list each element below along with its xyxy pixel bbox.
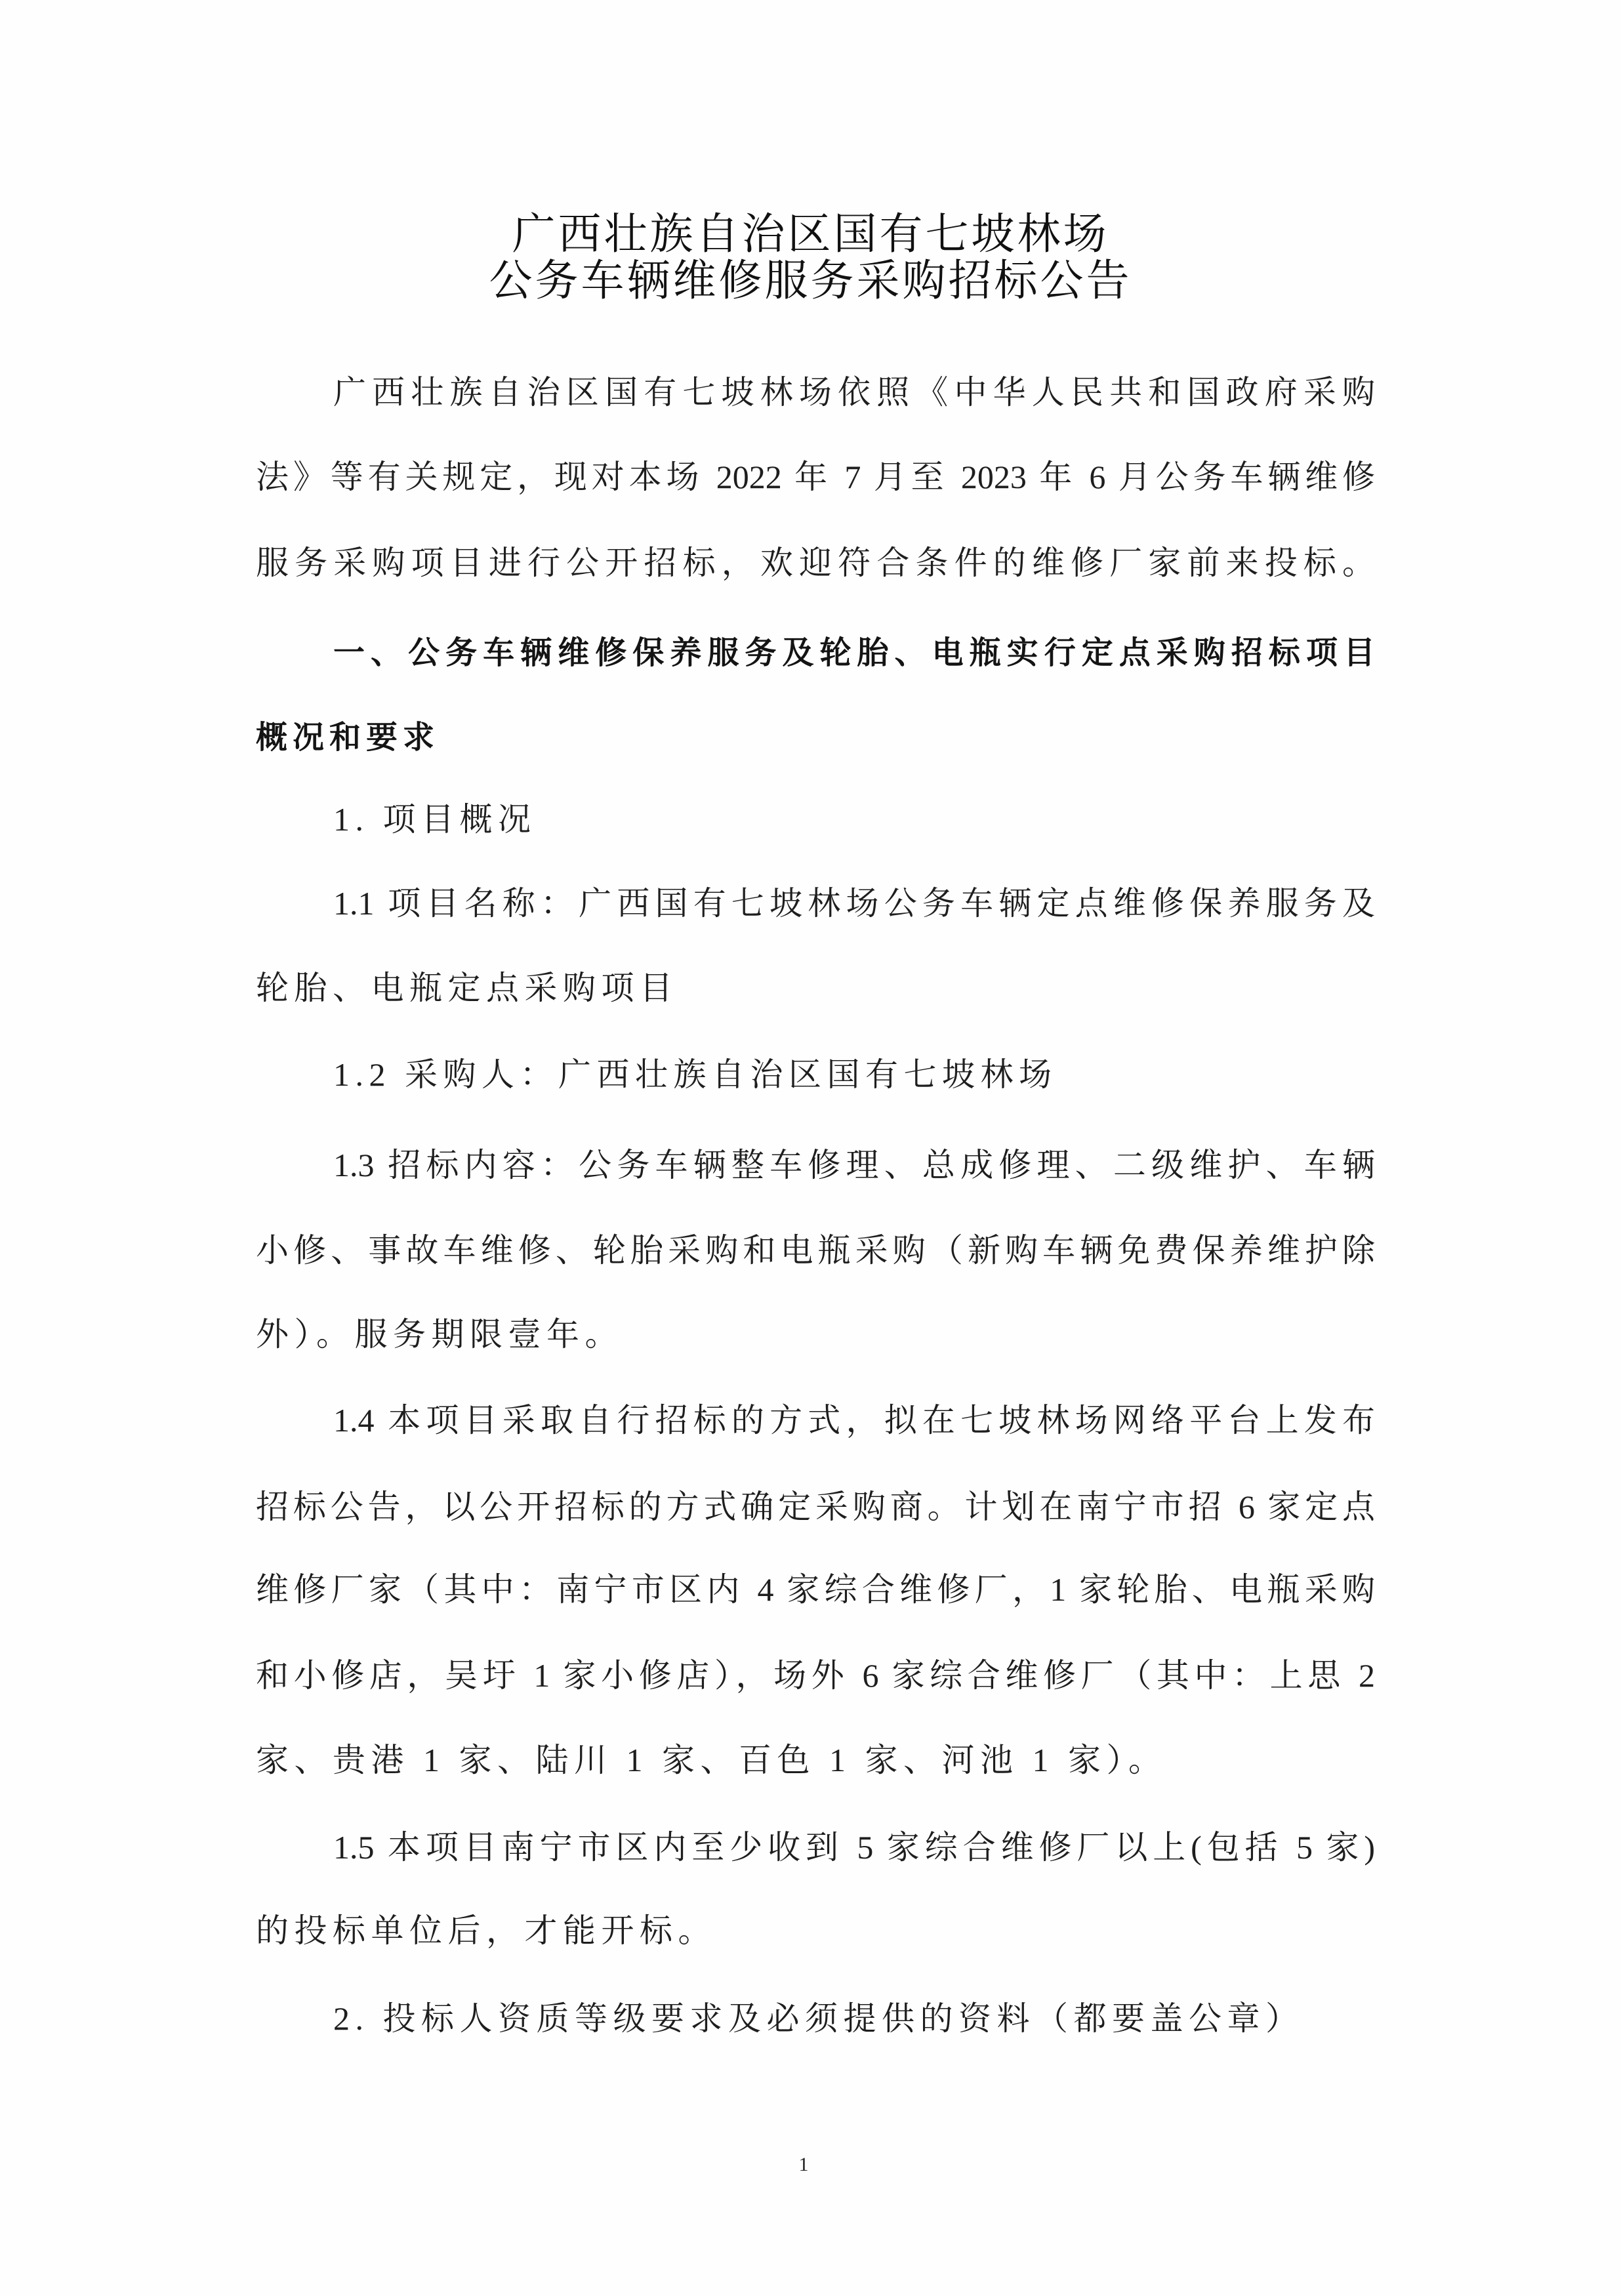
paragraph-line: 1.2 采购人：广西壮族自治区国有七坡林场 (333, 1052, 1057, 1097)
paragraph-line: 1.4 本项目采取自行招标的方式，拟在七坡林场网络平台上发布 (333, 1397, 1375, 1443)
page-number: 1 (790, 2152, 817, 2178)
paragraph-line: 服务采购项目进行公开招标，欢迎符合条件的维修厂家前来投标。 (256, 540, 1375, 586)
subsection-1-heading: 1. 项目概况 (333, 796, 537, 842)
paragraph-line: 1.3 招标内容：公务车辆整车修理、总成修理、二级维护、车辆 (333, 1142, 1375, 1188)
paragraph-line: 维修厂家（其中：南宁市区内 4 家综合维修厂，1 家轮胎、电瓶采购 (256, 1567, 1375, 1612)
section-heading-line: 一、公务车辆维修保养服务及轮胎、电瓶实行定点采购招标项目 (333, 630, 1375, 676)
paragraph-line: 法》等有关规定，现对本场 2022 年 7 月至 2023 年 6 月公务车辆维… (256, 454, 1375, 500)
paragraph-line: 外）。服务期限壹年。 (256, 1311, 623, 1357)
paragraph-line: 的投标单位后，才能开标。 (256, 1908, 716, 1954)
document-title-line-2: 公务车辆维修服务采购招标公告 (0, 258, 1621, 304)
document-title-line-1: 广西壮族自治区国有七坡林场 (0, 211, 1621, 257)
paragraph-line: 小修、事故车维修、轮胎采购和电瓶采购（新购车辆免费保养维护除 (256, 1227, 1375, 1273)
section-heading-line: 概况和要求 (256, 714, 440, 760)
paragraph-line: 和小修店，吴圩 1 家小修店），场外 6 家综合维修厂（其中：上思 2 (256, 1652, 1375, 1698)
subsection-2-heading: 2. 投标人资质等级要求及必须提供的资料（都要盖公章） (333, 1996, 1304, 2041)
paragraph-line: 1.5 本项目南宁市区内至少收到 5 家综合维修厂以上(包括 5 家) (333, 1824, 1375, 1870)
paragraph-line: 广西壮族自治区国有七坡林场依照《中华人民共和国政府采购 (333, 369, 1375, 415)
document-page: 广西壮族自治区国有七坡林场 公务车辆维修服务采购招标公告 广西壮族自治区国有七坡… (0, 0, 1621, 2296)
paragraph-line: 1.1 项目名称：广西国有七坡林场公务车辆定点维修保养服务及 (333, 880, 1375, 926)
paragraph-line: 家、贵港 1 家、陆川 1 家、百色 1 家、河池 1 家）。 (256, 1737, 1167, 1783)
paragraph-line: 招标公告，以公开招标的方式确定采购商。计划在南宁市招 6 家定点 (256, 1484, 1375, 1530)
paragraph-line: 轮胎、电瓶定点采购项目 (256, 965, 678, 1011)
